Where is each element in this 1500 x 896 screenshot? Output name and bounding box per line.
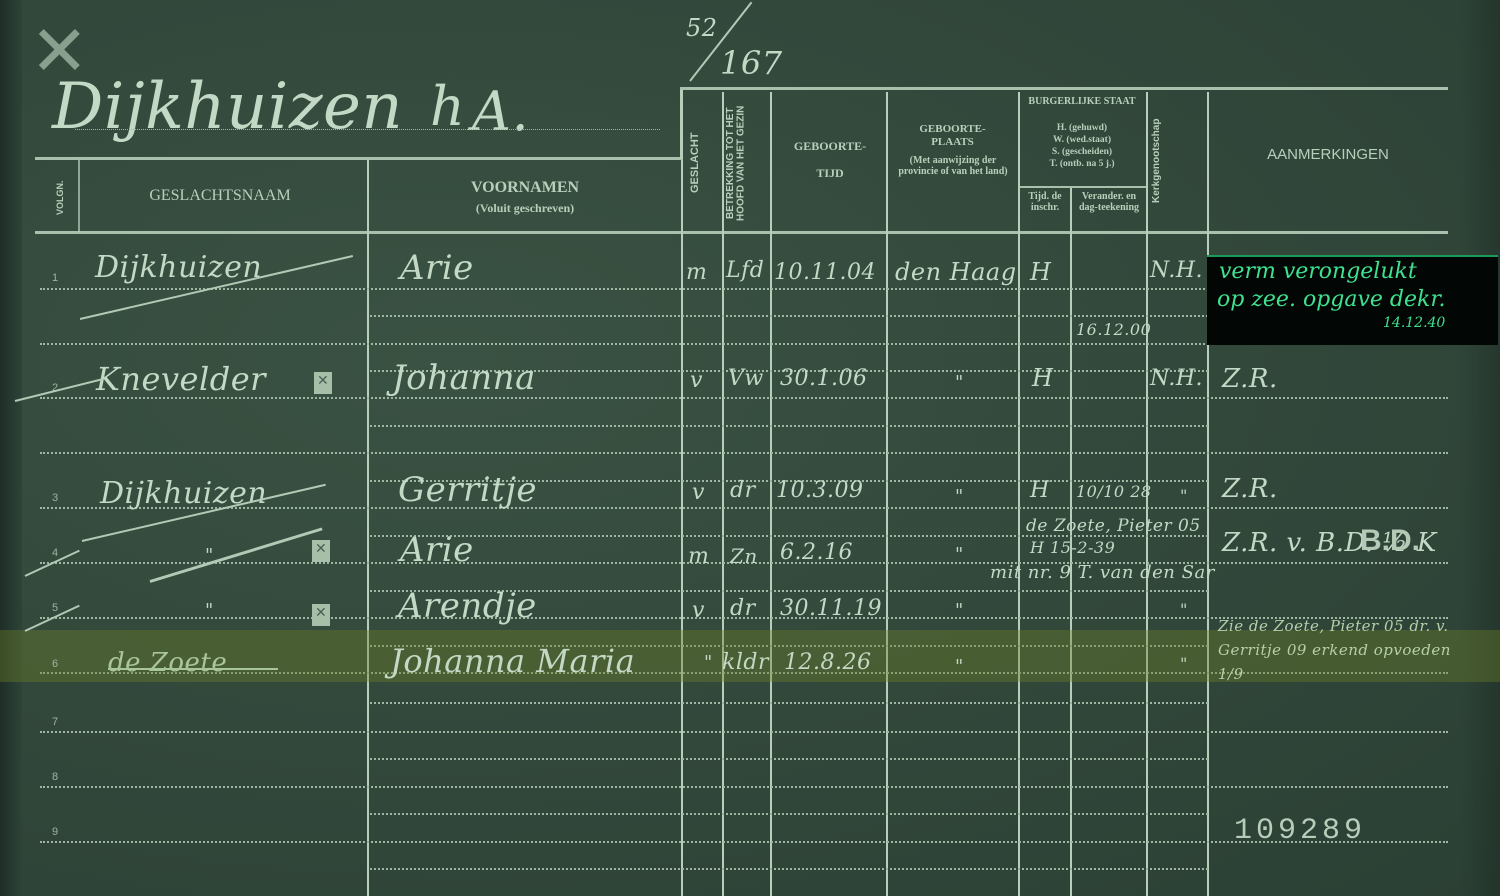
row-surname: " [205, 600, 214, 621]
head-initial: A. [472, 80, 529, 143]
row-number: 8 [52, 771, 58, 783]
row-civil-change: de Zoete, Pieter 05 [1026, 516, 1201, 536]
col-line-kerk [1207, 92, 1209, 896]
row-line-2c [370, 425, 1208, 427]
reference-bottom: 167 [720, 44, 783, 82]
header-geboorteplaats-2: PLAATS [890, 137, 1015, 149]
row-church: N.H. [1150, 366, 1203, 391]
row-civil-change: 10/10 28 [1076, 482, 1152, 501]
row-birth-date: 6.2.16 [780, 540, 853, 565]
header-geboortetijd-1: GEBOORTE- [775, 140, 885, 153]
row-civil-status: H 15-2-39 [1030, 538, 1115, 557]
header-bs-legend-0: H. (gehuwd) [1022, 124, 1142, 134]
header-geslacht: GESLACHT [690, 100, 702, 225]
row-line-1b [370, 315, 1208, 317]
col-line-geslacht [722, 92, 724, 896]
note-line-1: verm verongelukt [1219, 259, 1417, 284]
row-sex: v [692, 480, 705, 505]
row-relation: kldr [722, 650, 769, 675]
row-sex: v [690, 368, 703, 393]
row-relation: dr [730, 596, 756, 621]
card-left-shadow [0, 0, 22, 896]
row-birth-date: 10.3.09 [776, 478, 863, 503]
row-birth-place: " [955, 544, 964, 565]
row-birth-date: 30.1.06 [780, 366, 867, 391]
row-sex: " [704, 652, 713, 673]
row-surname: Knevelder [96, 360, 266, 398]
row-number: 7 [52, 716, 58, 728]
header-step-line [680, 89, 683, 159]
row-birth-place: " [955, 486, 964, 507]
row-number: 1 [52, 272, 58, 284]
header-top-line-left [35, 157, 683, 160]
row-number: 9 [52, 826, 58, 838]
row-remarks: Zie de Zoete, Pieter 05 dr. v. Gerritje … [1218, 614, 1478, 686]
header-geboortetijd-2: TIJD [775, 167, 885, 180]
row-civil-status: H [1032, 364, 1053, 392]
row-church: " [1180, 654, 1188, 673]
header-geslachtsnaam: GESLACHTSNAAM [110, 188, 330, 205]
row-birth-place: " [955, 372, 964, 393]
row-birth-place: " [955, 656, 964, 677]
row-surname: de Zoete [108, 648, 227, 678]
row-surname: Dijkhuizen [95, 250, 262, 285]
row-relation: Vw [728, 366, 764, 391]
header-bs-verander: Verander. en dag-teekening [1072, 192, 1146, 213]
header-volgn: VOLGN. [56, 168, 65, 228]
col-line-volgn [78, 160, 80, 232]
header-top-line-right [680, 87, 1448, 90]
row-relation: Lfd [726, 258, 764, 283]
surname-strikethrough [108, 668, 278, 670]
archive-number-stamp: 109289 [1234, 814, 1366, 848]
row-civil-status: H [1030, 258, 1051, 286]
header-voornamen-sub: (Voluit geschreven) [400, 202, 650, 215]
row-remarks: Z.R. [1222, 474, 1278, 504]
header-aanmerkingen: AANMERKINGEN [1210, 147, 1446, 163]
row-birth-place: den Haag [895, 258, 1017, 286]
row-relation: dr [730, 478, 756, 503]
row-surname: Dijkhuizen [100, 476, 267, 511]
row-sex: m [686, 260, 707, 285]
row-birth-place: " [955, 600, 964, 621]
col-line-geboortetijd [886, 92, 888, 896]
header-bs-legend-1: W. (wed.staat) [1022, 136, 1142, 146]
row-birth-date: 10.11.04 [774, 260, 876, 285]
row-given-name: Johanna Maria [390, 642, 635, 680]
deceased-cross-mark [312, 540, 330, 562]
note-date: 14.12.40 [1383, 315, 1445, 331]
row-line-8a [370, 758, 1208, 760]
header-burgerlijke-staat: BURGERLIJKE STAAT [1022, 97, 1142, 108]
row-birth-date: 12.8.26 [784, 650, 871, 675]
row-number: 6 [52, 658, 58, 670]
row-line-8b [40, 786, 1448, 788]
deceased-cross-mark [314, 372, 332, 394]
surname-strikethrough [150, 527, 323, 582]
header-geboorteplaats-sub: (Met aanwijzing der provincie of van het… [894, 156, 1012, 177]
header-betrekking: BETREKKING TOT HET HOOFD VAN HET GEZIN [726, 96, 768, 230]
registration-card: ✕ Dijkhuizen h A. 52 167 VOLGN. GESLACHT… [0, 0, 1500, 896]
bs-sub-line [1020, 186, 1146, 188]
row-number: 5 [52, 602, 58, 614]
row-given-name: Johanna [392, 358, 536, 398]
row-line-3a [40, 452, 1448, 454]
row-number: 4 [52, 547, 58, 559]
row-line-7a [370, 702, 1208, 704]
row-birth-date: 30.11.19 [780, 596, 882, 621]
row-remarks: Z.R. [1222, 364, 1278, 394]
header-bottom-line [35, 231, 1448, 234]
row-church: N.H. [1150, 258, 1203, 283]
deceased-cross-mark [312, 604, 330, 626]
col-line-betrekking [770, 92, 772, 896]
header-bs-legend-2: S. (gescheiden) [1022, 148, 1142, 158]
header-kerkgenootschap: Kerkgenootschap [1152, 96, 1202, 226]
reference-top: 52 [686, 14, 718, 42]
row-given-name: Gerritje [398, 470, 537, 510]
highlighted-note: verm verongelukt op zee. opgave dekr. 14… [1207, 255, 1498, 345]
note-line-2: op zee. opgave dekr. [1217, 287, 1445, 312]
row-given-name: Arie [400, 530, 474, 570]
header-voornamen: VOORNAMEN [400, 180, 650, 197]
row-sex: m [688, 544, 709, 569]
row-sex: v [692, 598, 705, 623]
row-number: 3 [52, 492, 58, 504]
row-given-name: Arie [400, 248, 474, 288]
row-line-9a [370, 813, 1208, 815]
row-church: " [1180, 486, 1188, 505]
row-church: " [1180, 600, 1188, 619]
row-civil-change: 16.12.00 [1076, 320, 1151, 339]
row-relation: Zn [730, 544, 758, 568]
title-dotline [75, 129, 660, 130]
row-continuation-note: mit nr. 9 T. van den Sar [990, 562, 1215, 583]
header-bs-legend-3: T. (ontb. na 5 j.) [1022, 160, 1142, 170]
bd-stamp: B.D. [1360, 524, 1420, 558]
card-right-shadow [1460, 0, 1500, 896]
row-given-name: Arendje [398, 586, 537, 626]
family-name-heading: Dijkhuizen [52, 70, 403, 144]
header-bs-tijd: Tijd. de inschr. [1020, 192, 1070, 213]
row-line-10a [370, 868, 1208, 870]
row-line-7b [40, 731, 1448, 733]
header-geboorteplaats-1: GEBOORTE- [890, 124, 1015, 136]
row-civil-status: H [1030, 478, 1050, 503]
